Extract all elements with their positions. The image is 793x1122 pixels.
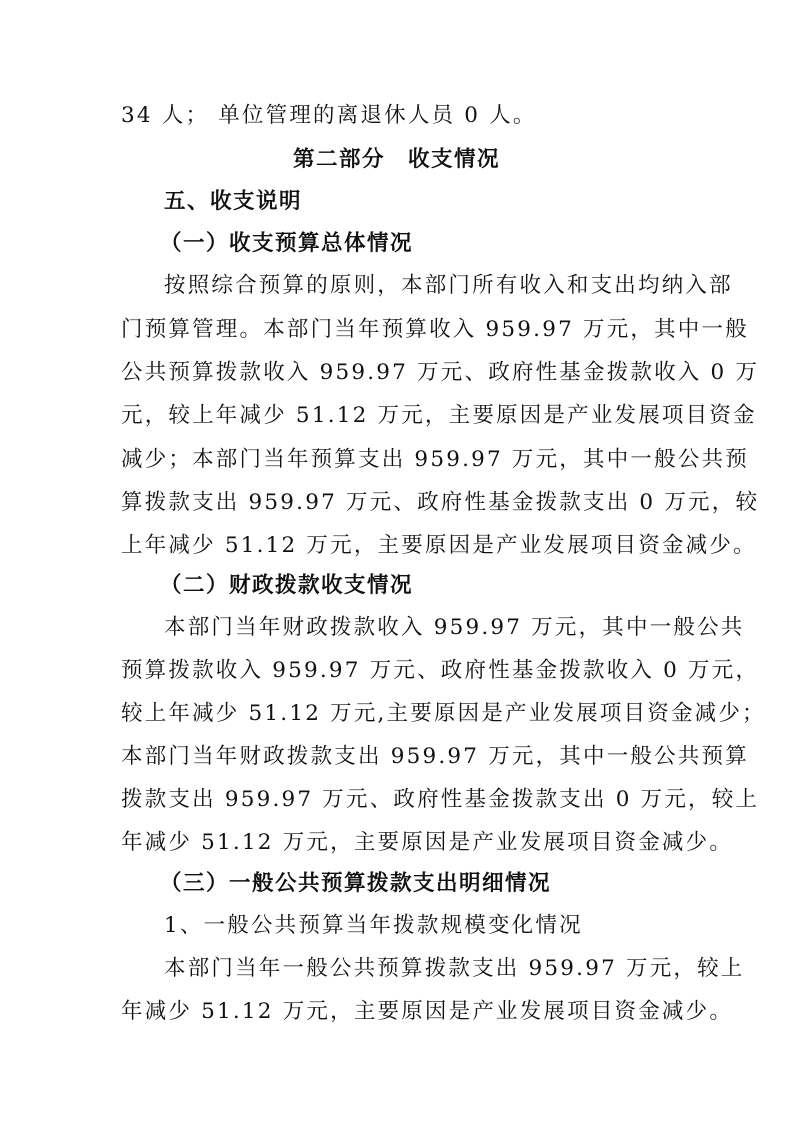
- paragraph-line: 本部门当年财政拨款支出 959.97 万元，其中一般公共预算: [121, 737, 673, 777]
- paragraph-line: 元，较上年减少 51.12 万元，主要原因是产业发展项目资金: [121, 396, 673, 436]
- paragraph-line: 按照综合预算的原则，本部门所有收入和支出均纳入部: [164, 266, 673, 306]
- document-page: 34 人； 单位管理的离退休人员 0 人。 第二部分 收支情况 五、收支说明 （…: [0, 0, 793, 1122]
- paragraph-line: 上年减少 51.12 万元，主要原因是产业发展项目资金减少。: [121, 526, 673, 566]
- subsection-1-title: （一）收支预算总体情况: [160, 224, 413, 264]
- paragraph-line: 本部门当年一般公共预算拨款支出 959.97 万元，较上: [164, 949, 673, 989]
- paragraph-line: 预算拨款收入 959.97 万元、政府性基金拨款收入 0 万元，: [121, 651, 673, 691]
- paragraph-line: 门预算管理。本部门当年预算收入 959.97 万元，其中一般: [121, 310, 673, 350]
- paragraph-line: 年减少 51.12 万元，主要原因是产业发展项目资金减少。: [121, 992, 673, 1032]
- paragraph-line: 公共预算拨款收入 959.97 万元、政府性基金拨款收入 0 万: [121, 353, 673, 393]
- paragraph-line: 减少；本部门当年预算支出 959.97 万元，其中一般公共预: [121, 440, 673, 480]
- section-title: 五、收支说明: [164, 182, 302, 222]
- item-title: 1、一般公共预算当年拨款规模变化情况: [164, 906, 673, 946]
- paragraph-line: 年减少 51.12 万元，主要原因是产业发展项目资金减少。: [121, 823, 673, 863]
- paragraph-line: 较上年减少 51.12 万元,主要原因是产业发展项目资金减少；: [121, 694, 673, 734]
- part-title: 第二部分 收支情况: [0, 140, 793, 180]
- subsection-2-title: （二）财政拨款收支情况: [160, 566, 413, 606]
- paragraph-line: 算拨款支出 959.97 万元、政府性基金拨款支出 0 万元，较: [121, 483, 673, 523]
- paragraph-line: 本部门当年财政拨款收入 959.97 万元，其中一般公共: [164, 608, 673, 648]
- subsection-3-title: （三）一般公共预算拨款支出明细情况: [160, 864, 551, 904]
- paragraph-line: 拨款支出 959.97 万元、政府性基金拨款支出 0 万元，较上: [121, 780, 673, 820]
- intro-line: 34 人； 单位管理的离退休人员 0 人。: [121, 96, 673, 136]
